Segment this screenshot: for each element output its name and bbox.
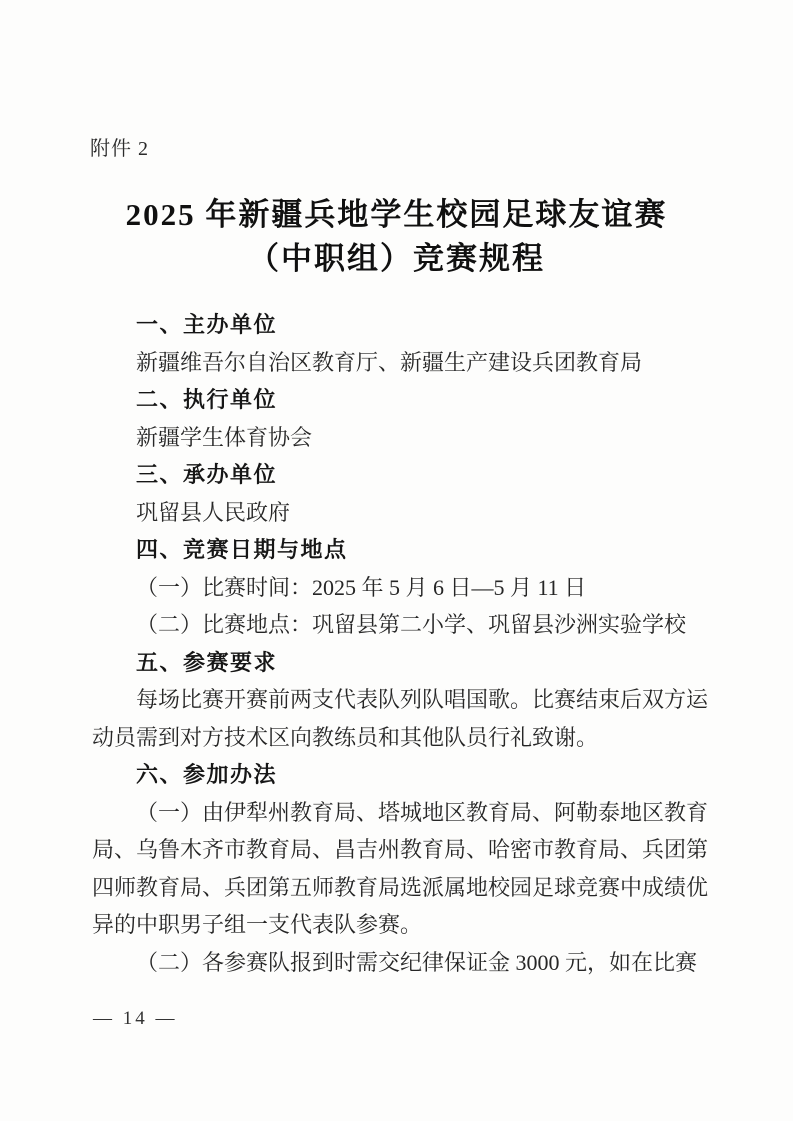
heading-executor: 二、执行单位: [92, 381, 712, 419]
attachment-label: 附件 2: [90, 132, 149, 161]
participation-line-2: 局、乌鲁木齐市教育局、昌吉州教育局、哈密市教育局、兵团第: [92, 831, 712, 869]
page-number: — 14 —: [93, 1008, 178, 1030]
participation-line-4: 异的中职男子组一支代表队参赛。: [92, 906, 712, 944]
date-line: （一）比赛时间：2025 年 5 月 6 日—5 月 11 日: [92, 569, 712, 607]
requirements-line-2: 动员需到对方技术区向教练员和其他队员行礼致谢。: [92, 719, 712, 757]
heading-participation: 六、参加办法: [92, 756, 712, 794]
participation-line-5: （二）各参赛队报到时需交纪律保证金 3000 元，如在比赛: [92, 944, 712, 982]
document-body: 一、主办单位 新疆维吾尔自治区教育厅、新疆生产建设兵团教育局 二、执行单位 新疆…: [92, 306, 712, 981]
heading-date-location: 四、竞赛日期与地点: [92, 531, 712, 569]
location-line: （二）比赛地点：巩留县第二小学、巩留县沙洲实验学校: [92, 606, 712, 644]
organizer-text: 新疆维吾尔自治区教育厅、新疆生产建设兵团教育局: [92, 344, 712, 382]
document-title: 2025 年新疆兵地学生校园足球友谊赛 （中职组）竞赛规程: [0, 193, 793, 281]
heading-requirements: 五、参赛要求: [92, 644, 712, 682]
heading-host: 三、承办单位: [92, 456, 712, 494]
host-text: 巩留县人民政府: [92, 494, 712, 532]
participation-line-3: 四师教育局、兵团第五师教育局选派属地校园足球竞赛中成绩优: [92, 869, 712, 907]
title-line-2: （中职组）竞赛规程: [0, 237, 793, 281]
title-line-1: 2025 年新疆兵地学生校园足球友谊赛: [0, 193, 793, 237]
requirements-line-1: 每场比赛开赛前两支代表队列队唱国歌。比赛结束后双方运: [92, 681, 712, 719]
participation-line-1: （一）由伊犁州教育局、塔城地区教育局、阿勒泰地区教育: [92, 794, 712, 832]
document-page: 附件 2 2025 年新疆兵地学生校园足球友谊赛 （中职组）竞赛规程 一、主办单…: [0, 0, 793, 1121]
executor-text: 新疆学生体育协会: [92, 419, 712, 457]
heading-organizer: 一、主办单位: [92, 306, 712, 344]
